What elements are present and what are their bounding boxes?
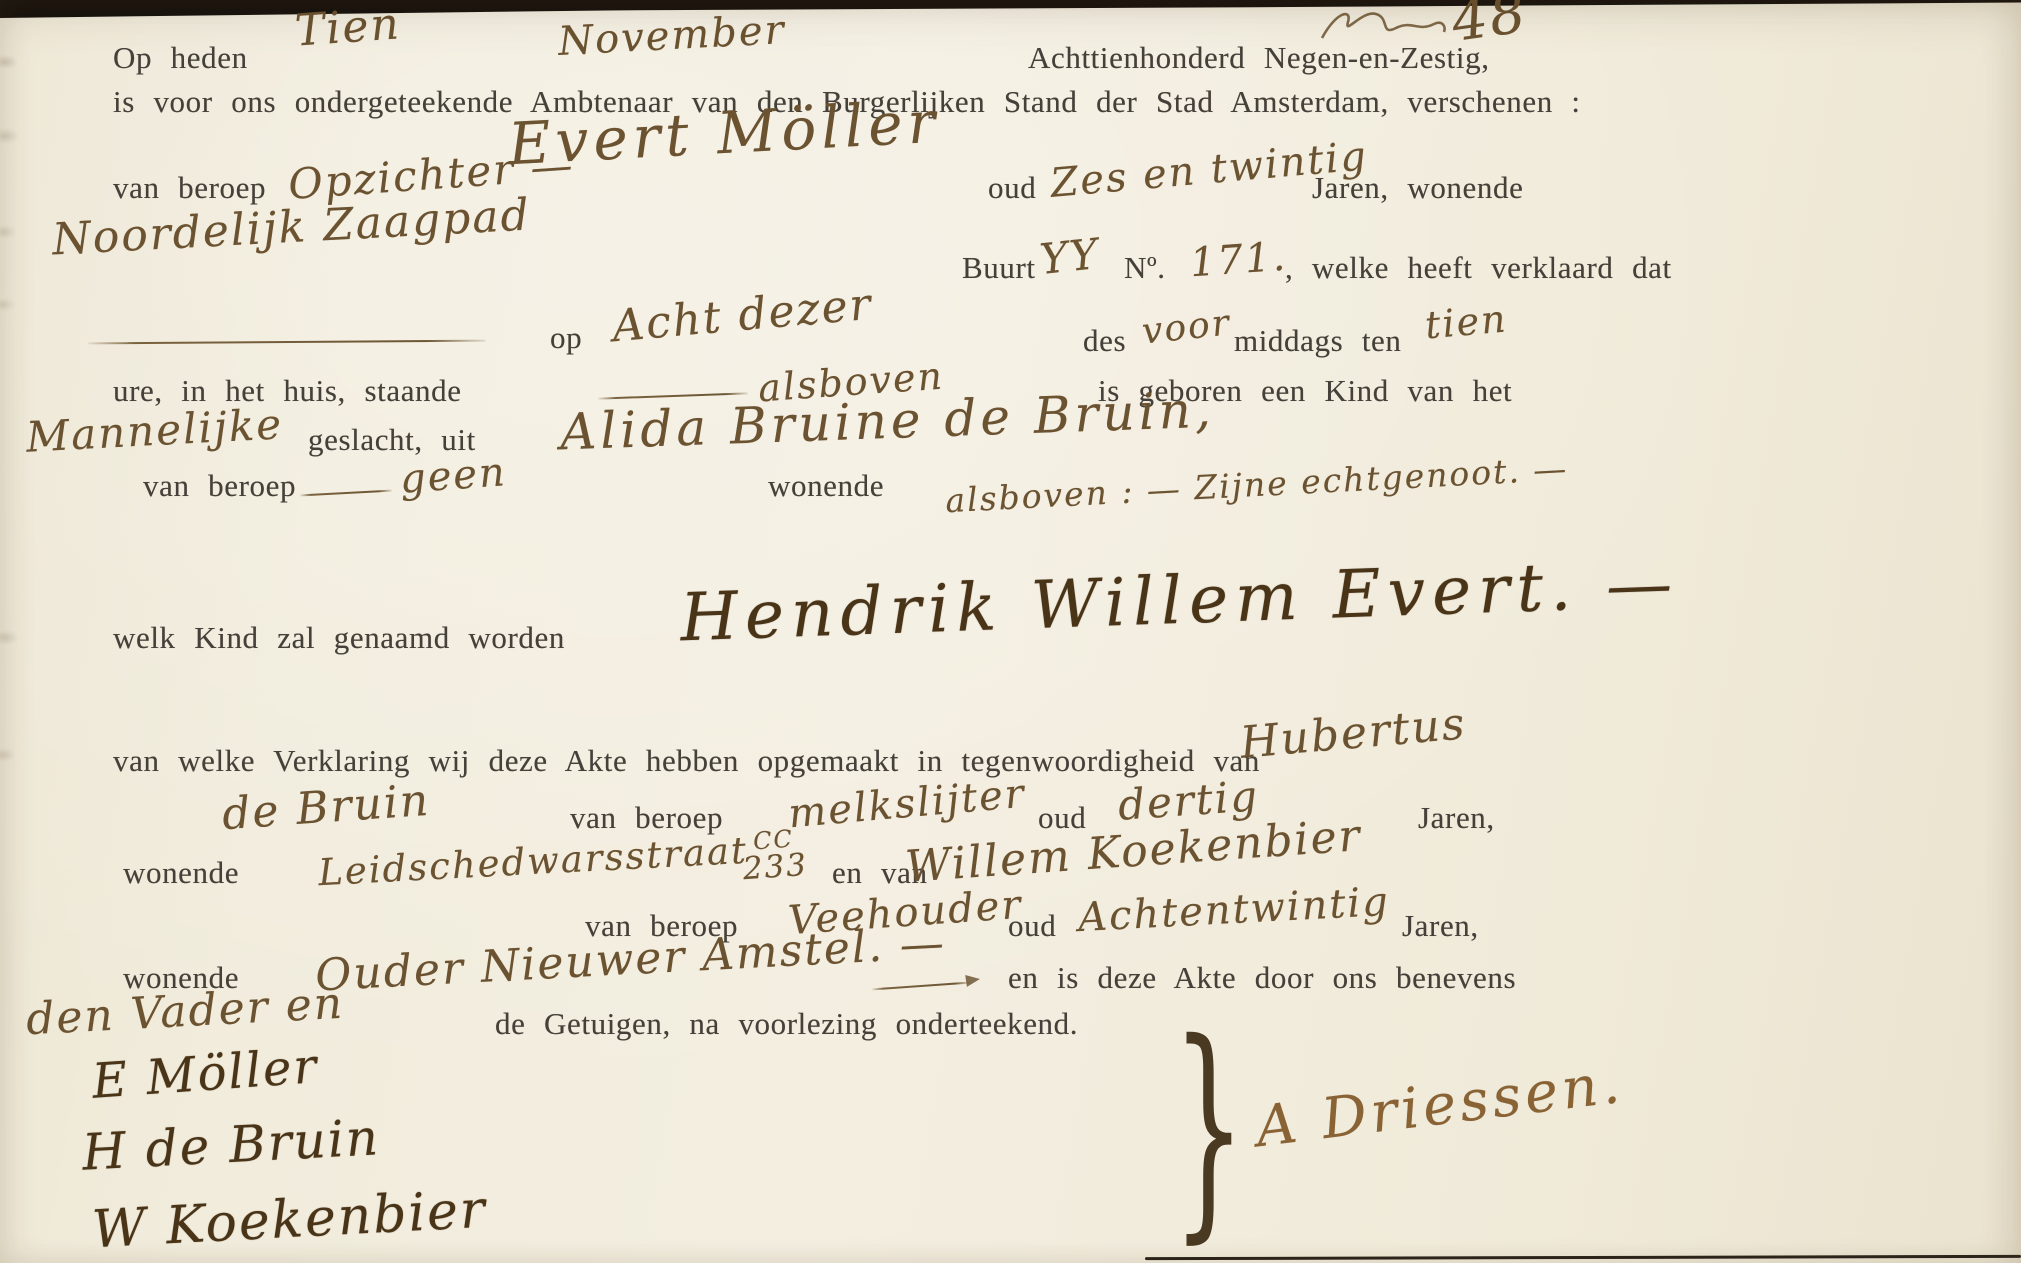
registrar-brace: }	[1172, 1022, 1246, 1235]
signature-witness2: W Koekenbier	[91, 1184, 488, 1257]
label-wonende-witness1: wonende	[123, 857, 239, 888]
label-buurt: Buurt	[962, 252, 1036, 283]
label-wonende-mother: wonende	[768, 470, 884, 501]
label-number-sign: Nº.	[1124, 252, 1166, 283]
hw-gender: Mannelijke	[25, 403, 284, 458]
label-akte-door-ons: en is deze Akte door ons benevens	[1008, 962, 1516, 993]
hw-month: November	[557, 10, 786, 62]
label-des: des	[1083, 325, 1126, 356]
label-jaren-witness2: Jaren,	[1402, 910, 1479, 941]
hw-witness1-number: 233	[742, 850, 809, 885]
label-geslacht-uit: geslacht, uit	[308, 424, 476, 455]
label-middags-ten: middags ten	[1234, 325, 1402, 356]
ink-arrow	[965, 973, 981, 987]
signature-witness1: H de Bruin	[81, 1112, 381, 1178]
label-year: Achttienhonderd Negen-en-Zestig,	[1028, 42, 1490, 73]
label-witness-intro: van welke Verklaring wij deze Akte hebbe…	[113, 745, 1260, 776]
ink-underline	[88, 340, 486, 345]
hw-witness1-house-code: CC 233	[740, 826, 809, 885]
label-oud-witness2: oud	[1008, 910, 1056, 941]
ink-dash	[872, 982, 970, 991]
page-bleedthrough-mark	[0, 630, 19, 645]
birth-certificate-page: 48 Op heden Tien November Achttienhonder…	[0, 0, 2021, 1263]
hw-daypart: voor	[1140, 305, 1232, 350]
label-van-beroep-declarant: van beroep	[113, 172, 266, 203]
label-van-beroep-witness1: van beroep	[570, 802, 723, 833]
hw-witness1-firstname: Hubertus	[1239, 702, 1469, 766]
page-bleedthrough-mark	[0, 748, 16, 762]
hw-district-code: YY	[1038, 233, 1102, 281]
hw-mother-occupation: geen	[399, 452, 508, 499]
label-jaren-wonende: Jaren, wonende	[1312, 172, 1523, 203]
ink-dash	[300, 490, 392, 497]
page-bleedthrough-mark	[0, 128, 20, 144]
hw-witness2-residence: Ouder Nieuwer Amstel. —	[314, 922, 947, 999]
page-bleedthrough-mark	[0, 225, 17, 239]
label-van-beroep-mother: van beroep	[143, 470, 296, 501]
hw-witness1-lastname: de Bruin	[221, 779, 432, 837]
hw-mother-residence: alsboven : — Zijne echtgenoot. —	[945, 452, 1569, 518]
hw-house-number: 171.	[1189, 237, 1289, 284]
signature-father: E Möller	[91, 1042, 320, 1106]
hw-child-name: Hendrik Willem Evert. —	[679, 551, 1680, 652]
hw-birth-hour: tien	[1424, 299, 1509, 344]
hw-witness2-name: Willem Koekenbier	[904, 814, 1363, 890]
label-jaren-witness1: Jaren,	[1418, 802, 1495, 833]
label-op-heden: Op heden	[113, 42, 248, 73]
label-oud-declarant: oud	[988, 172, 1036, 203]
hw-witness1-street: Leidschedwarsstraat	[317, 832, 748, 891]
hw-witness2-age: Achtentwintig	[1077, 882, 1391, 938]
page-bleedthrough-mark	[0, 55, 18, 69]
label-getuigen: de Getuigen, na voorlezing onderteekend.	[495, 1008, 1078, 1039]
signature-registrar: A Driessen.	[1253, 1056, 1627, 1157]
label-ure-huis: ure, in het huis, staande	[113, 375, 462, 406]
hw-witness1-occupation: melkslijter	[787, 774, 1028, 835]
hw-father-note: den Vader en	[25, 982, 345, 1043]
scan-edge-bottom	[1145, 1255, 2021, 1260]
label-op: op	[550, 322, 582, 353]
page-bleedthrough-mark	[0, 298, 16, 311]
label-child-name: welk Kind zal genaamd worden	[113, 622, 565, 653]
hw-birth-day: Acht dezer	[611, 283, 875, 350]
label-verklaard: , welke heeft verklaard dat	[1285, 252, 1672, 283]
hw-day: Tien	[294, 2, 403, 53]
label-oud-witness1: oud	[1038, 802, 1086, 833]
